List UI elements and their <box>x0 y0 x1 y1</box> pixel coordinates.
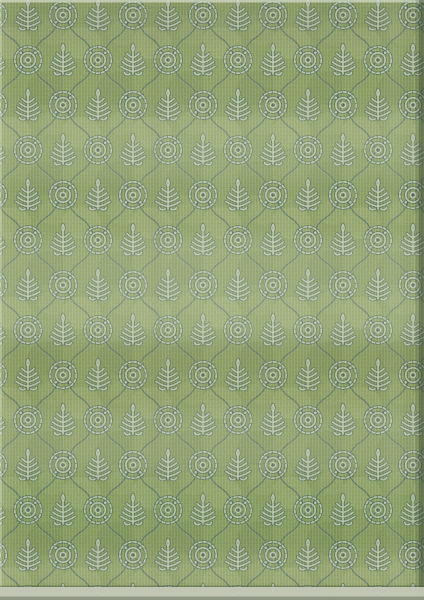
rug-bottom-edge-line <box>0 597 424 600</box>
rug-left-edge <box>0 0 2 600</box>
binding-seam-line <box>0 586 424 588</box>
photo-grain-light <box>0 0 424 600</box>
rug-top-selvedge <box>0 0 424 3</box>
rug-right-edge-shadow <box>419 0 424 600</box>
rug-product-photo <box>0 0 424 600</box>
rug-bottom-binding <box>0 587 424 597</box>
rug-right-edge-inner-shadow <box>416 0 420 600</box>
rug-pattern-svg <box>0 0 424 600</box>
